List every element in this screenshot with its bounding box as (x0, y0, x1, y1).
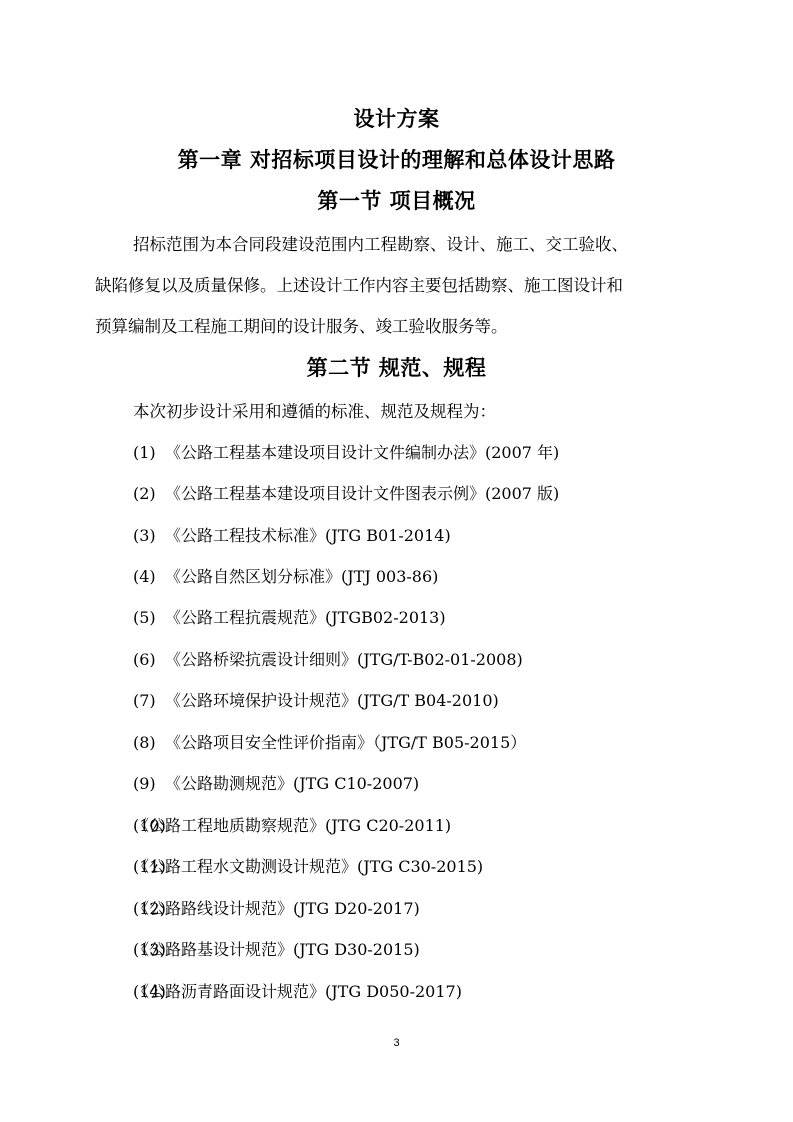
reference-number: (4) (133, 567, 165, 586)
reference-item: (8)《公路项目安全性评价指南》（JTG/T B05-2015） (133, 730, 526, 753)
reference-item: (12)《公路路线设计规范》(JTG D20-2017) (133, 896, 420, 919)
section-title-standards: 第二节 规范、规程 (0, 352, 793, 382)
reference-number: (1) (133, 443, 165, 462)
reference-text: 《公路工程抗震规范》(JTGB02-2013) (165, 608, 446, 627)
reference-number: (2) (133, 484, 165, 503)
page-number: 3 (0, 1037, 793, 1049)
reference-text: 《公路工程地质勘察规范》(JTG C20-2011) (133, 816, 451, 835)
paragraph-line: 缺陷修复以及质量保修。上述设计工作内容主要包括勘察、施工图设计和 (95, 272, 623, 296)
reference-text: 《公路工程技术标准》(JTG B01-2014) (165, 526, 451, 545)
reference-text: 《公路桥梁抗震设计细则》(JTG/T-B02-01-2008) (165, 650, 523, 669)
reference-item: (3)《公路工程技术标准》(JTG B01-2014) (133, 523, 451, 546)
reference-number: (5) (133, 608, 165, 627)
reference-text: 《公路路线设计规范》(JTG D20-2017) (133, 899, 420, 918)
reference-number: (8) (133, 733, 165, 752)
reference-item: (14)《公路沥青路面设计规范》(JTG D050-2017) (133, 979, 462, 1002)
reference-text: 《公路工程基本建设项目设计文件编制办法》(2007 年) (165, 443, 559, 462)
section-intro: 本次初步设计采用和遵循的标准、规范及规程为： (133, 398, 496, 422)
document-page: 设计方案 第一章 对招标项目设计的理解和总体设计思路 第一节 项目概况 招标范围… (0, 0, 793, 1122)
reference-item: (13)《公路路基设计规范》(JTG D30-2015) (133, 937, 420, 960)
paragraph-line: 预算编制及工程施工期间的设计服务、竣工验收服务等。 (95, 313, 508, 337)
reference-item: (6)《公路桥梁抗震设计细则》(JTG/T-B02-01-2008) (133, 647, 523, 670)
reference-text: 《公路环境保护设计规范》(JTG/T B04-2010) (165, 691, 499, 710)
paragraph-line: 招标范围为本合同段建设范围内工程勘察、设计、施工、交工验收、 (133, 231, 628, 255)
reference-item: (2)《公路工程基本建设项目设计文件图表示例》(2007 版) (133, 481, 559, 504)
reference-text: 《公路自然区划分标准》(JTJ 003-86) (165, 567, 438, 586)
reference-item: (7)《公路环境保护设计规范》(JTG/T B04-2010) (133, 688, 499, 711)
section-title-project-overview: 第一节 项目概况 (0, 185, 793, 215)
reference-text: 《公路工程基本建设项目设计文件图表示例》(2007 版) (165, 484, 559, 503)
reference-item: (4)《公路自然区划分标准》(JTJ 003-86) (133, 564, 438, 587)
main-title: 设计方案 (0, 103, 793, 133)
reference-number: (6) (133, 650, 165, 669)
reference-item: (11)《公路工程水文勘测设计规范》(JTG C30-2015) (133, 854, 483, 877)
reference-item: (1)《公路工程基本建设项目设计文件编制办法》(2007 年) (133, 440, 559, 463)
reference-item: (5)《公路工程抗震规范》(JTGB02-2013) (133, 605, 446, 628)
reference-item: (9)《公路勘测规范》(JTG C10-2007) (133, 771, 419, 794)
reference-item: (10)《公路工程地质勘察规范》(JTG C20-2011) (133, 813, 451, 836)
reference-number: (9) (133, 774, 165, 793)
reference-number: (3) (133, 526, 165, 545)
reference-text: 《公路沥青路面设计规范》(JTG D050-2017) (133, 982, 462, 1001)
reference-text: 《公路勘测规范》(JTG C10-2007) (165, 774, 419, 793)
reference-text: 《公路路基设计规范》(JTG D30-2015) (133, 940, 420, 959)
reference-number: (7) (133, 691, 165, 710)
reference-text: 《公路工程水文勘测设计规范》(JTG C30-2015) (133, 857, 483, 876)
reference-text: 《公路项目安全性评价指南》（JTG/T B05-2015） (165, 733, 526, 752)
chapter-title: 第一章 对招标项目设计的理解和总体设计思路 (0, 144, 793, 174)
